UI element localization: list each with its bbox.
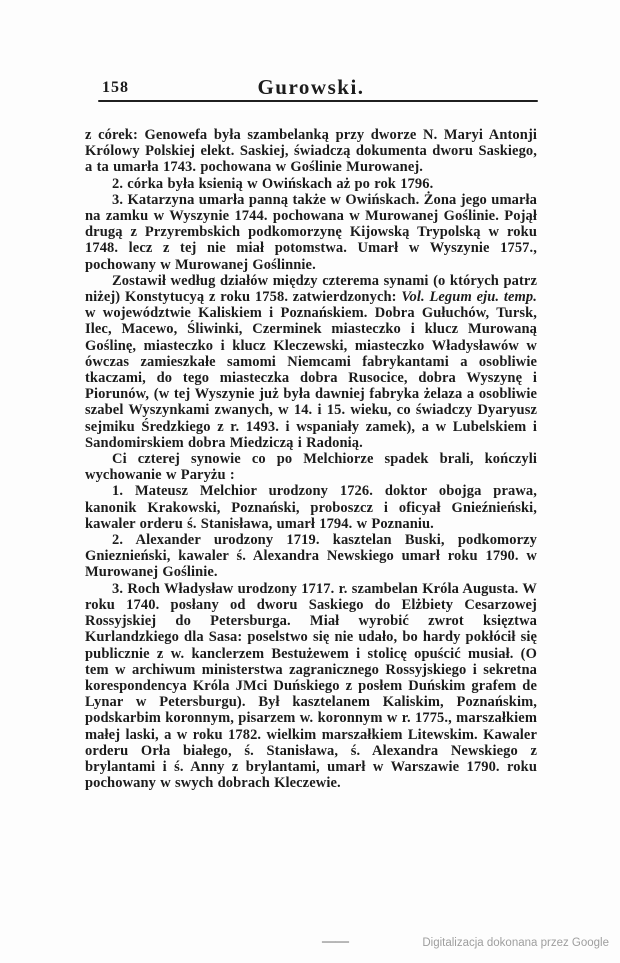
paragraph: 3. Roch Władysław urodzony 1717. r. szam… [85,581,537,792]
paragraph: 2. Alexander urodzony 1719. kasztelan Bu… [85,532,537,581]
paragraph: 2. córka była ksienią w Owińskach aż po … [85,176,537,192]
body-text: z córek: Genowefa była szambelanką przy … [85,127,537,791]
paragraph: 3. Katarzyna umarła panną także w Owińsk… [85,192,537,273]
text-run: Ci czterej synowie co po Melchiorze spad… [85,451,537,483]
italic-text-run: Vol. Legum eju. temp. [401,289,537,305]
running-head: 158 Gurowski. [85,75,537,101]
paragraph: 1. Mateusz Melchior urodzony 1726. dokto… [85,483,537,532]
text-run: 2. Alexander urodzony 1719. kasztelan Bu… [85,532,537,580]
running-title: Gurowski. [85,75,537,100]
text-run: 3. Roch Władysław urodzony 1717. r. szam… [85,581,537,791]
paragraph: z córek: Genowefa była szambelanką przy … [85,127,537,176]
footer-dash: —— [322,934,348,950]
text-run: 2. córka była ksienią w Owińskach aż po … [112,176,433,192]
paragraph: Zostawił według działów między czterema … [85,273,537,451]
header-rule [98,100,538,102]
text-run: 1. Mateusz Melchior urodzony 1726. dokto… [85,483,537,531]
text-run: w województwie Kaliskiem i Poznańskiem. … [85,305,537,451]
google-digitization-note: Digitalizacja dokonana przez Google [422,937,609,949]
text-run: 3. Katarzyna umarła panną także w Owińsk… [85,192,537,273]
scanned-book-page: 158 Gurowski. z córek: Genowefa była sza… [0,0,620,963]
paragraph: Ci czterej synowie co po Melchiorze spad… [85,451,537,483]
text-run: z córek: Genowefa była szambelanką przy … [85,127,537,175]
